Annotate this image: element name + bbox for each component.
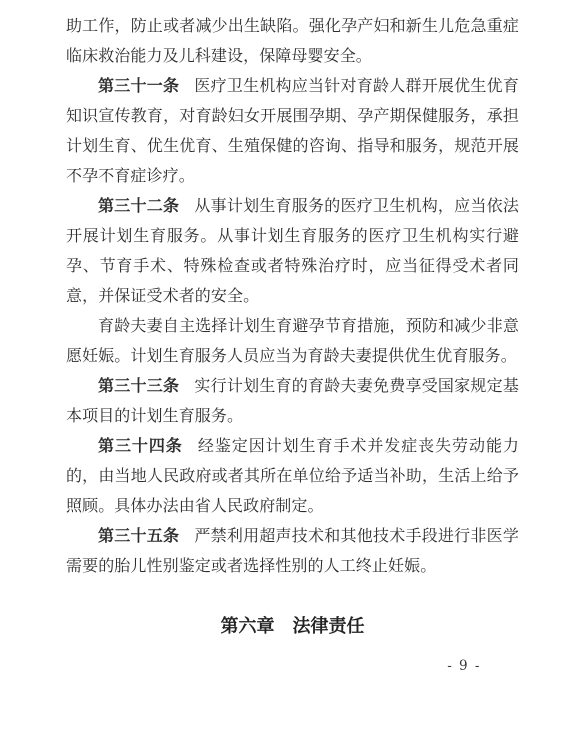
paragraph-article-35: 第三十五条严禁利用超声技术和其他技术手段进行非医学需要的胎儿性别鉴定或者选择性别… [66,521,519,581]
paragraph-article-32-clause-2: 育龄夫妻自主选择计划生育避孕节育措施，预防和减少非意愿妊娠。计划生育服务人员应当… [66,311,519,371]
paragraph-article-34: 第三十四条经鉴定因计划生育手术并发症丧失劳动能力的，由当地人民政府或者其所在单位… [66,431,519,521]
chapter-heading: 第六章 法律责任 [66,612,519,642]
page-content: 助工作，防止或者减少出生缺陷。强化孕产妇和新生儿危急重症临床救治能力及儿科建设，… [66,11,519,674]
article-number-34: 第三十四条 [98,436,183,455]
paragraph-text: 育龄夫妻自主选择计划生育避孕节育措施，预防和减少非意愿妊娠。计划生育服务人员应当… [66,316,519,365]
article-number-31: 第三十一条 [98,76,179,95]
article-number-32: 第三十二条 [98,196,179,215]
paragraph-continuation: 助工作，防止或者减少出生缺陷。强化孕产妇和新生儿危急重症临床救治能力及儿科建设，… [66,11,519,71]
paragraph-article-32: 第三十二条从事计划生育服务的医疗卫生机构，应当依法开展计划生育服务。从事计划生育… [66,191,519,311]
document-page: 助工作，防止或者减少出生缺陷。强化孕产妇和新生儿危急重症临床救治能力及儿科建设，… [0,0,584,742]
paragraph-text: 助工作，防止或者减少出生缺陷。强化孕产妇和新生儿危急重症临床救治能力及儿科建设，… [66,16,519,65]
article-number-33: 第三十三条 [98,376,179,395]
paragraph-article-33: 第三十三条实行计划生育的育龄夫妻免费享受国家规定基本项目的计划生育服务。 [66,371,519,431]
article-number-35: 第三十五条 [98,526,179,545]
paragraph-article-31: 第三十一条医疗卫生机构应当针对育龄人群开展优生优育知识宣传教育，对育龄妇女开展围… [66,71,519,191]
page-number: - 9 - [66,658,519,674]
